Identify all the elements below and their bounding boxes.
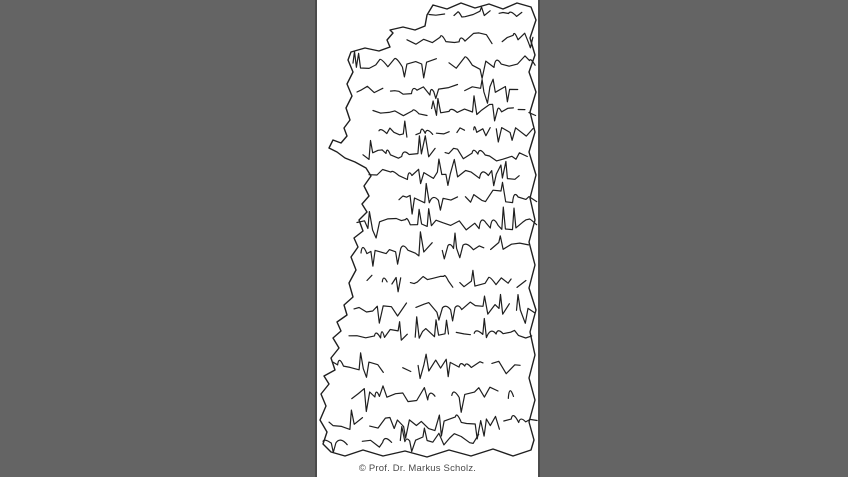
script-line: [369, 159, 519, 186]
script-line: [407, 33, 533, 48]
script-line: [353, 52, 535, 79]
letterbox-left: [0, 0, 315, 477]
script-line: [361, 232, 529, 266]
script-line: [333, 353, 525, 379]
photo-credit: © Prof. Dr. Markus Scholz.: [307, 463, 528, 474]
script-line: [379, 121, 533, 142]
letterbox-right: [540, 0, 848, 477]
script-line: [363, 136, 527, 161]
script-line: [357, 207, 537, 238]
script-line: [323, 427, 479, 453]
script-line: [349, 317, 532, 340]
script-line: [329, 410, 537, 439]
script-line: [367, 270, 536, 291]
script-line: [354, 295, 535, 324]
tablet-illustration-panel: © Prof. Dr. Markus Scholz.: [315, 0, 540, 477]
tablet-drawing: [317, 0, 538, 477]
script-line: [373, 96, 536, 121]
script-line: [352, 386, 522, 412]
